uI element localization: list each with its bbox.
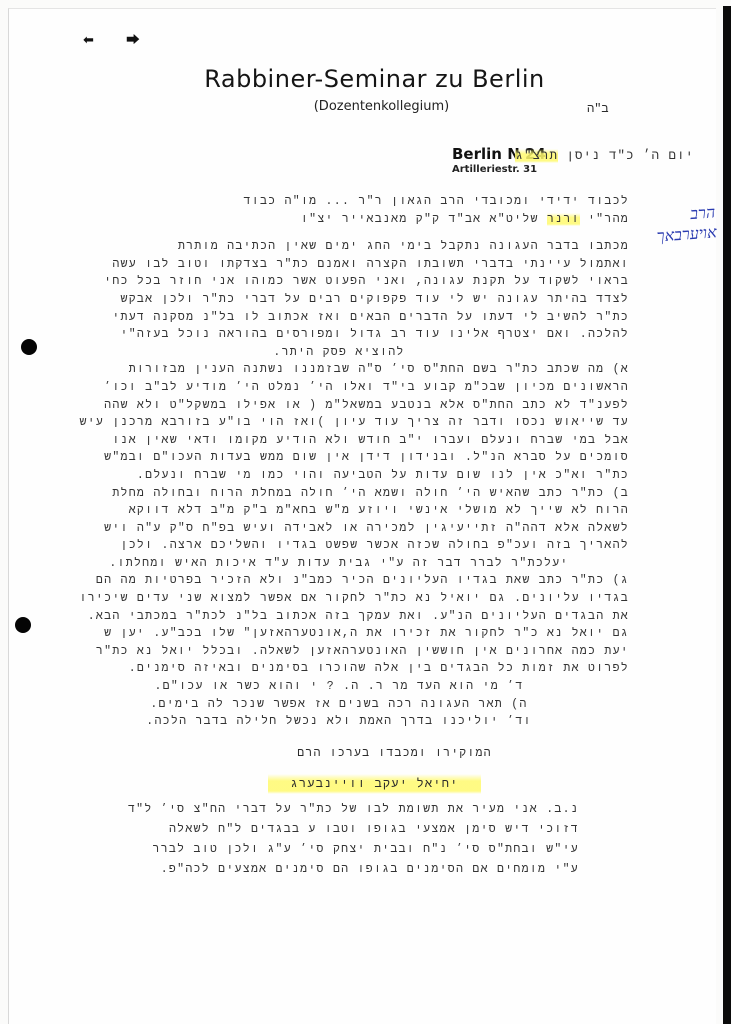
postscript: נ.ב. אני מעיר את תשומת לבו של כת"ר על דב… [49, 803, 579, 883]
postscript-line: ע"י מומחים אם הסימנים בגופו הם סימנים אמ… [49, 863, 579, 883]
blessing-line: וד׳ יוליכנו בדרך האמת ולא נכשל חלילה בדב… [49, 715, 629, 733]
body-line: יעת כמה אחרונים אין חוששין האונטערהאזען … [49, 645, 629, 663]
body-line: בראוי לשקוד על תקנת עגונה, ואני הפעוט אש… [49, 275, 629, 293]
signature: יחיאל יעקב וויינבערג [9, 777, 731, 791]
date-line: יום ה׳ כ"ד ניסן תרצ"ג [515, 149, 694, 163]
body-line: הרוח לא שייך לא מושלי אינשי ויוזע מ"ש בח… [49, 504, 629, 522]
section-b-line: ב) כת"ר כתב שהאיש הי׳ חולה ושמא הי׳ חולה… [49, 487, 629, 505]
body-line: אבל במי שברח ונעלם ועברו י"ב חודש ולא הו… [49, 434, 629, 452]
body-line: להאריך בזה ועכ"פ בחולה שכזה אכשר שפשט בג… [49, 539, 629, 557]
body-line: כת"ר וא"כ אין לנו שום עדות על הטביעה והו… [49, 469, 629, 487]
scanned-letter-page: ⬅ ⮕ Rabbiner-Seminar zu Berlin (Dozenten… [8, 8, 716, 1024]
body-line: עד שייאוש נכסו ודבר זה צריך עוד עיון )וא… [49, 416, 629, 434]
address-street: Artilleriestr. 31 [452, 164, 537, 175]
margin-handwritten-note: הרב אויערבאך [640, 202, 718, 247]
body-line: בגדיו עליונים. גם יואיל נא כת"ר לחקור אם… [49, 592, 629, 610]
body-line: להלכה. ואם יצטרף אלינו עוד רב גדול ומפור… [49, 328, 629, 346]
section-a-line: א) מה שכתב כת"ר בשם החת"ס סי׳ ס"ה שבזמננ… [49, 363, 629, 381]
signature-name-highlighted: יחיאל יעקב וויינבערג [268, 774, 480, 794]
body-line: כת"ר להשיב לי דעתו על הדברים הבאים ואז א… [49, 311, 629, 329]
closing-line: המוקירו ומכבדו בערכו הרם [9, 747, 731, 760]
body-line: להוציא פסק היתר. [49, 346, 629, 364]
body-line: סומכים על סברא הנ"ל. ובנידון דידן אין שו… [49, 451, 629, 469]
body-line: לשאלה אלא דהה"ה זתייעיגין למכירה או לאבי… [49, 522, 629, 540]
body-line: גם יואל נא כ"ר לחקור את זכירו את ה,אונטע… [49, 627, 629, 645]
recipient-name-highlighted: ורנר [547, 213, 580, 226]
body-line: את הבגדים העליונים הנ"ע. ואת עמקך בזה אכ… [49, 610, 629, 628]
date-year-highlighted: תרצ"ג [515, 149, 558, 163]
body-line: יעלכת"ר לברר דבר זה ע"י גבית עדות ע"ד אי… [49, 557, 629, 575]
postscript-line: נ.ב. אני מעיר את תשומת לבו של כת"ר על דב… [49, 803, 579, 823]
body-line: לפענ"ד לא כתב החת"ס אלא בנטבע במשאל"מ ( … [49, 399, 629, 417]
section-c-line: ג) כת"ר כתב שאת בגדיו העליונים הכיר כמב"… [49, 574, 629, 592]
letterhead-subtitle: (Dozentenkollegium) [9, 99, 731, 114]
section-d-line: ד׳ מי הוא העד מר ר. ה. ? י והוא כשר או ע… [49, 680, 629, 698]
salutation-line-2: מהר"י ורנר שליט"א אב"ד ק"ק מאנבאייר יצ"ו [49, 213, 629, 231]
scan-arrow-marks: ⬅ ⮕ [83, 29, 153, 48]
date-prefix: יום ה׳ כ"ד ניסן [558, 149, 694, 163]
section-e-line: ה) תאר העגונה רכה בשנים אז אפשר שנכר לה … [49, 698, 629, 716]
body-line: לפרוט את זמות כל הבגדים בין אלה שהוכרו ב… [49, 662, 629, 680]
postscript-line: דזוכי דיש סימן אמצעי בגופו וטבו ע בבגדים… [49, 823, 579, 843]
body-line: לצדד בהיתר עגונה יש לי עוד פקפוקים רבים … [49, 293, 629, 311]
salutation-line-1: לכבוד ידידי ומכובדי הרב הגאון ר"ר ... מו… [49, 195, 629, 213]
letter-body: לכבוד ידידי ומכובדי הרב הגאון ר"ר ... מו… [49, 195, 629, 733]
postscript-line: עי"ש ובחת"ס סי׳ נ"ח ובבית יצחק סי׳ ע"ג ו… [49, 843, 579, 863]
scan-edge-strip [723, 6, 731, 1024]
body-line: ואתמול עיינתי בדברי תשובתו הקצרה ואמנם כ… [49, 258, 629, 276]
letterhead-title: Rabbiner-Seminar zu Berlin [9, 65, 731, 93]
punch-hole-bottom [15, 617, 31, 633]
bh-marker: ב"ה [587, 102, 609, 116]
body-line: מכתבו בדבר העגונה נתקבל בימי החג ימים שא… [49, 240, 629, 258]
punch-hole-top [21, 339, 37, 355]
body-line: הראשונים מכיון שבכ"מ קבוע בי"ד ואלו הי׳ … [49, 381, 629, 399]
